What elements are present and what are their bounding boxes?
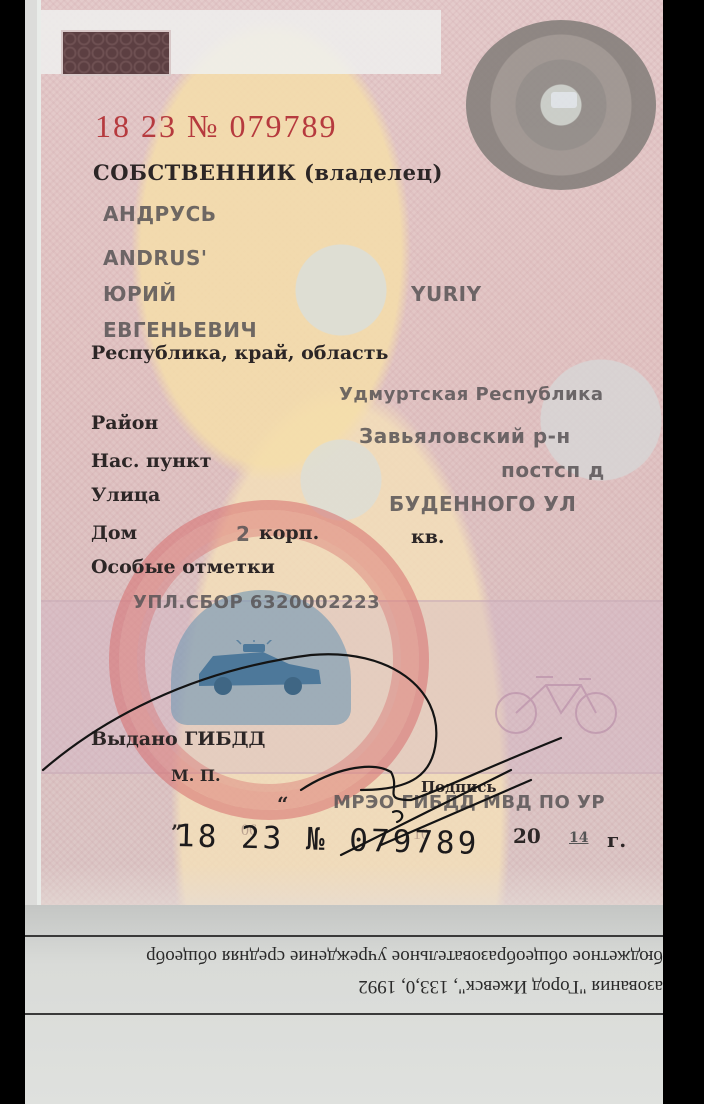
- series-number-top: 18 23 № 079789: [95, 108, 338, 145]
- police-car-stamp-icon: [193, 640, 325, 696]
- locality-value: постсп д: [501, 458, 605, 482]
- paper-text-line-1: азования "Город Ижевск", 133,0, 1992: [25, 975, 663, 997]
- special-marks-value: УПЛ.СБОР 6320002223: [133, 592, 380, 613]
- paper-text-line-2: бюджетное общеобразовательное учреждение…: [25, 945, 663, 967]
- registration-certificate: 18 23 № 079789 СОБСТВЕННИК (владелец) АН…: [37, 0, 663, 905]
- series-number-bottom: 18 23 № 079789: [176, 818, 480, 862]
- mp-label: М. П.: [171, 766, 221, 785]
- street-value: БУДЕННОГО УЛ: [389, 492, 576, 516]
- ornament-pattern: [61, 30, 171, 76]
- street-label: Улица: [91, 484, 160, 506]
- district-label: Район: [91, 412, 158, 434]
- signature-label: Подпись: [421, 778, 497, 796]
- owner-heading: СОБСТВЕННИК (владелец): [93, 160, 443, 185]
- region-value: Удмуртская Республика: [339, 384, 604, 405]
- date-year-suffix: 14: [569, 830, 588, 846]
- locality-label: Нас. пункт: [91, 450, 212, 472]
- hologram-emblem-icon: [466, 20, 656, 190]
- special-marks-label: Особые отметки: [91, 556, 275, 578]
- photo-frame: 18 23 № 079789 СОБСТВЕННИК (владелец) АН…: [25, 0, 663, 1104]
- name-lat: YURIY: [411, 282, 482, 306]
- apartment-label: кв.: [411, 526, 445, 548]
- surname-lat: ANDRUS': [103, 246, 208, 270]
- building-label: корп.: [259, 522, 319, 544]
- house-value: 2: [236, 522, 250, 546]
- date-year-unit: г.: [607, 828, 626, 852]
- district-value: Завьяловский р-н: [359, 424, 571, 448]
- issued-label: Выдано ГИБДД: [91, 728, 265, 750]
- date-year-prefix: 20: [513, 824, 541, 848]
- paper-rule-top: [25, 935, 663, 937]
- region-label: Республика, край, область: [91, 342, 388, 364]
- paper-rule-bottom: [25, 1013, 663, 1015]
- underlying-paper: бюджетное общеобразовательное учреждение…: [25, 905, 663, 1104]
- house-label: Дом: [91, 522, 137, 544]
- bicycle-watermark-icon: [491, 665, 621, 735]
- name-ru: ЮРИЙ: [103, 282, 177, 306]
- surname-ru: АНДРУСЬ: [103, 202, 217, 226]
- patronymic-ru: ЕВГЕНЬЕВИЧ: [103, 318, 257, 342]
- date-open-quote: “: [277, 792, 289, 816]
